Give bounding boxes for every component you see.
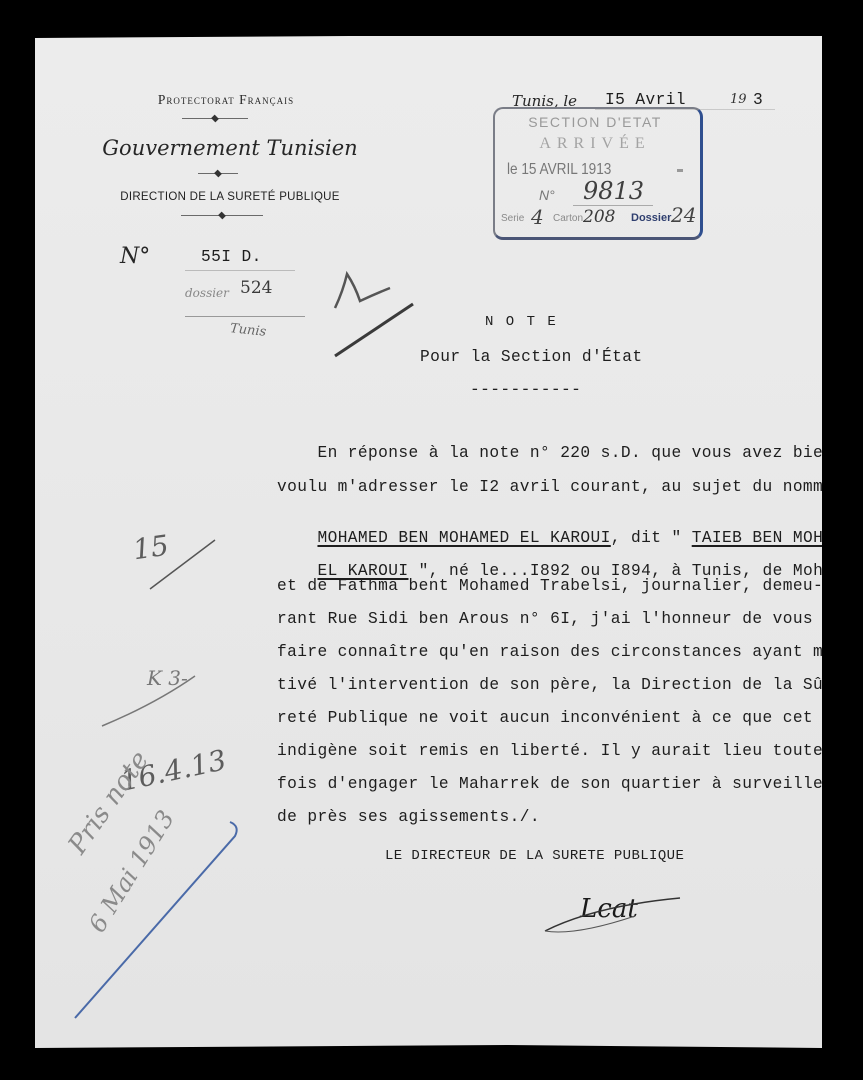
signature-flourish xyxy=(545,916,635,932)
pencil-stroke xyxy=(102,676,195,726)
checkmark-stroke xyxy=(335,274,390,308)
pen-strokes xyxy=(35,36,822,1048)
signature-flourish xyxy=(545,898,680,931)
document-page: Protectorat Français Gouvernement Tunisi… xyxy=(35,36,822,1048)
underline-stroke xyxy=(335,304,413,356)
blue-pencil-stroke xyxy=(75,822,237,1018)
pencil-stroke xyxy=(150,540,215,589)
